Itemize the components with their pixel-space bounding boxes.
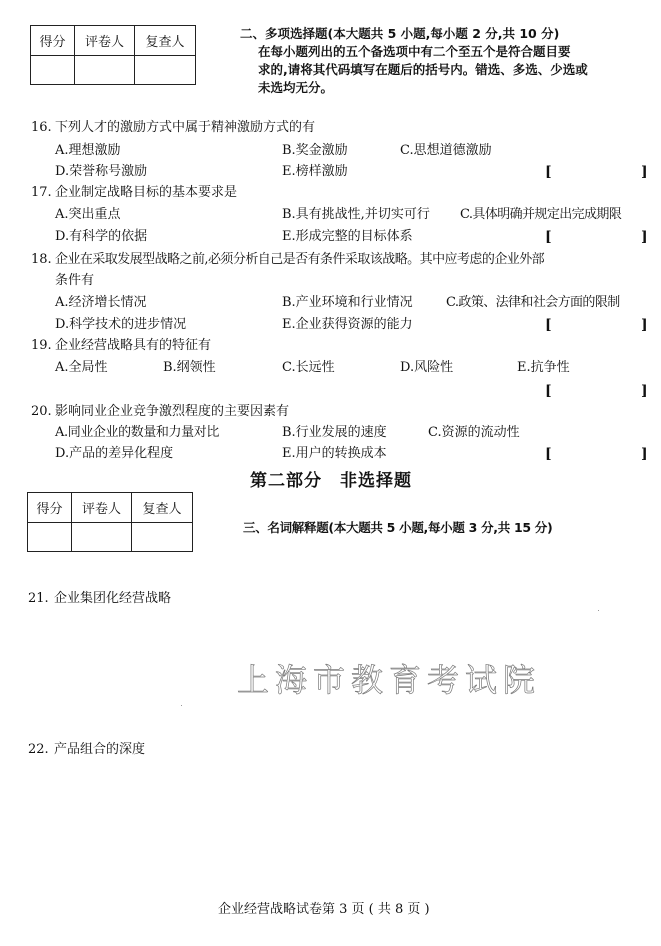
q19-option-e: E.抗争性 <box>517 360 570 376</box>
question-17-stem: 企业制定战略目标的基本要求是 <box>55 185 237 201</box>
q19-option-b: B.纲领性 <box>163 360 216 376</box>
part2-title: 第二部分 非选择题 <box>250 466 412 491</box>
q17-option-e: E.形成完整的目标体系 <box>282 229 413 245</box>
grader-cell[interactable] <box>75 56 135 85</box>
reviewer-cell[interactable] <box>135 56 196 85</box>
q20-option-c: C.资源的流动性 <box>428 425 520 441</box>
q16-answer-bracket-open[interactable]: [ <box>545 164 552 180</box>
score-cell[interactable] <box>28 523 72 552</box>
q16-option-e: E.榜样激励 <box>282 164 348 180</box>
reviewer-header: 复查人 <box>135 26 196 56</box>
q16-option-b: B.奖金激励 <box>282 143 348 159</box>
q17-option-a: A.突出重点 <box>55 207 121 223</box>
q20-option-e: E.用户的转换成本 <box>282 446 387 462</box>
score-cell[interactable] <box>31 56 75 85</box>
q17-option-c: C.具体明确并规定出完成期限 <box>460 207 621 223</box>
q18-option-b: B.产业环境和行业情况 <box>282 295 413 311</box>
question-21-number: 21. <box>28 591 49 607</box>
grader-cell[interactable] <box>72 523 132 552</box>
question-22-number: 22. <box>28 742 49 758</box>
question-20-number: 20. <box>31 404 52 420</box>
q17-answer-bracket-close[interactable]: ] <box>641 229 648 245</box>
question-18-number: 18. <box>31 252 52 268</box>
q19-option-d: D.风险性 <box>400 360 453 376</box>
q20-answer-bracket-close[interactable]: ] <box>641 446 648 462</box>
q18-option-a: A.经济增长情况 <box>55 295 147 311</box>
scan-speck <box>181 705 182 706</box>
q20-option-b: B.行业发展的速度 <box>282 425 387 441</box>
grader-header: 评卷人 <box>72 493 132 523</box>
q20-option-a: A.同业企业的数量和力量对比 <box>55 425 219 441</box>
q18-option-c: C.政策、法律和社会方面的限制 <box>446 295 620 311</box>
question-17-number: 17. <box>31 185 52 201</box>
question-20-stem: 影响同业企业竞争激烈程度的主要因素有 <box>55 404 289 420</box>
q18-answer-bracket-close[interactable]: ] <box>641 317 648 333</box>
q18-option-d: D.科学技术的进步情况 <box>55 317 186 333</box>
score-table-1: 得分 评卷人 复查人 <box>30 25 196 85</box>
score-header: 得分 <box>31 26 75 56</box>
page-footer: 企业经营战略试卷第 3 页 ( 共 8 页 ) <box>218 898 430 917</box>
question-16-stem: 下列人才的激励方式中属于精神激励方式的有 <box>55 120 315 136</box>
question-18-stem-cont: 条件有 <box>55 273 94 289</box>
question-16-number: 16. <box>31 120 52 136</box>
q17-option-d: D.有科学的依据 <box>55 229 147 245</box>
q20-answer-bracket-open[interactable]: [ <box>545 446 552 462</box>
scan-speck <box>598 610 599 611</box>
section2-instruction-1: 在每小题列出的五个备选项中有二个至五个是符合题目要 <box>258 43 571 62</box>
q18-answer-bracket-open[interactable]: [ <box>545 317 552 333</box>
section3-title: 三、名词解释题(本大题共 5 小题,每小题 3 分,共 15 分) <box>243 519 552 538</box>
q19-option-c: C.长远性 <box>282 360 335 376</box>
q19-answer-bracket-open[interactable]: [ <box>545 383 552 399</box>
reviewer-cell[interactable] <box>132 523 193 552</box>
question-19-number: 19. <box>31 338 52 354</box>
q16-option-a: A.理想激励 <box>55 143 121 159</box>
q18-option-e: E.企业获得资源的能力 <box>282 317 413 333</box>
q20-option-d: D.产品的差异化程度 <box>55 446 173 462</box>
section2-title: 二、多项选择题(本大题共 5 小题,每小题 2 分,共 10 分) <box>240 25 559 44</box>
q19-option-a: A.全局性 <box>55 360 108 376</box>
reviewer-header: 复查人 <box>132 493 193 523</box>
watermark-shanghai-exam-authority: 上海市教育考试院 <box>237 655 541 701</box>
q17-option-b: B.具有挑战性,并切实可行 <box>282 207 430 223</box>
score-header: 得分 <box>28 493 72 523</box>
question-21-text: 企业集团化经营战略 <box>54 591 171 607</box>
q16-answer-bracket-close[interactable]: ] <box>641 164 648 180</box>
section2-instruction-2: 求的,请将其代码填写在题后的括号内。错选、多选、少选或 <box>258 61 588 80</box>
q19-answer-bracket-close[interactable]: ] <box>641 383 648 399</box>
question-19-stem: 企业经营战略具有的特征有 <box>55 338 211 354</box>
q17-answer-bracket-open[interactable]: [ <box>545 229 552 245</box>
q16-option-c: C.思想道德激励 <box>400 143 492 159</box>
grader-header: 评卷人 <box>75 26 135 56</box>
question-18-stem: 企业在采取发展型战略之前,必须分析自己是否有条件采取该战略。其中应考虑的企业外部 <box>55 252 544 268</box>
score-table-2: 得分 评卷人 复查人 <box>27 492 193 552</box>
section2-instruction-3: 未选均无分。 <box>258 79 333 98</box>
q16-option-d: D.荣誉称号激励 <box>55 164 147 180</box>
question-22-text: 产品组合的深度 <box>54 742 145 758</box>
